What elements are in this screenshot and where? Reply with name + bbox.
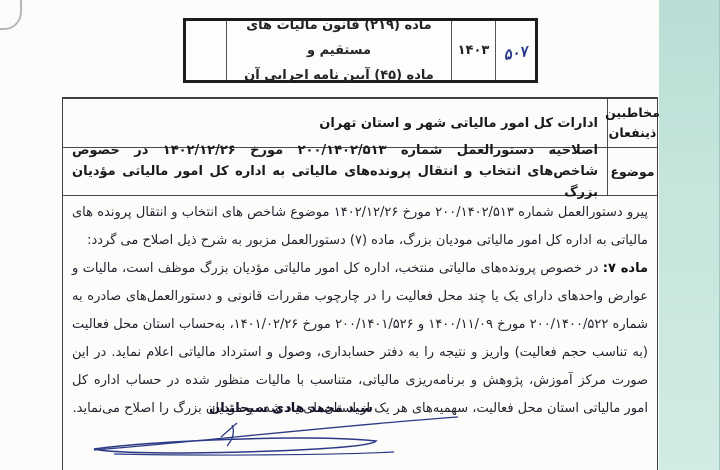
handwritten-number: ۵۰۷ bbox=[502, 42, 529, 64]
law-citation-line2: ماده (۴۵) آیین نامه اجرایی آن bbox=[244, 63, 434, 88]
letter-body: پیرو دستورالعمل شماره ۲۰۰/۱۴۰۲/۵۱۳ مورخ … bbox=[63, 196, 657, 423]
handwritten-signature bbox=[84, 412, 466, 462]
law-reference-box: ۵۰۷ ۱۴۰۳ ماده (۲۱۹) قانون مالیات های مست… bbox=[183, 18, 538, 83]
article-number-label: ماده ۷: bbox=[603, 261, 648, 276]
subject-label-text: موضوع bbox=[610, 162, 654, 182]
addressees-label: مخاطبین ذینفعان bbox=[607, 99, 657, 147]
addressees-text: ادارات کل امور مالیاتی شهر و استان تهران bbox=[72, 116, 598, 131]
article-text: در خصوص پرونده‌های مالیاتی منتخب، اداره … bbox=[72, 261, 648, 416]
addressees-label-line2: ذینفعان bbox=[609, 123, 657, 143]
registration-number-cell: ۵۰۷ bbox=[495, 21, 535, 80]
law-citation-line1: ماده (۲۱۹) قانون مالیات های مستقیم و bbox=[227, 13, 451, 63]
table-row-subject: موضوع اصلاحیه دستورالعمل شماره ۲۰۰/۱۴۰۲/… bbox=[63, 148, 657, 196]
body-intro-paragraph: پیرو دستورالعمل شماره ۲۰۰/۱۴۰۲/۵۱۳ مورخ … bbox=[72, 199, 648, 255]
empty-cell bbox=[186, 21, 226, 80]
body-article-paragraph: ماده ۷: در خصوص پرونده‌های مالیاتی منتخب… bbox=[72, 255, 648, 423]
document-scan: ۵۰۷ ۱۴۰۳ ماده (۲۱۹) قانون مالیات های مست… bbox=[0, 0, 720, 470]
addressees-label-line1: مخاطبین bbox=[605, 103, 660, 123]
subject-label: موضوع bbox=[607, 148, 657, 195]
subject-value: اصلاحیه دستورالعمل شماره ۲۰۰/۱۴۰۲/۵۱۳ مو… bbox=[63, 148, 607, 195]
year-cell: ۱۴۰۳ bbox=[451, 21, 495, 80]
photo-background-strip bbox=[659, 0, 720, 470]
rounded-corner-artifact bbox=[0, 0, 22, 30]
law-citation-cell: ماده (۲۱۹) قانون مالیات های مستقیم و ماد… bbox=[226, 21, 451, 80]
subject-text: اصلاحیه دستورالعمل شماره ۲۰۰/۱۴۰۲/۵۱۳ مو… bbox=[72, 140, 598, 203]
